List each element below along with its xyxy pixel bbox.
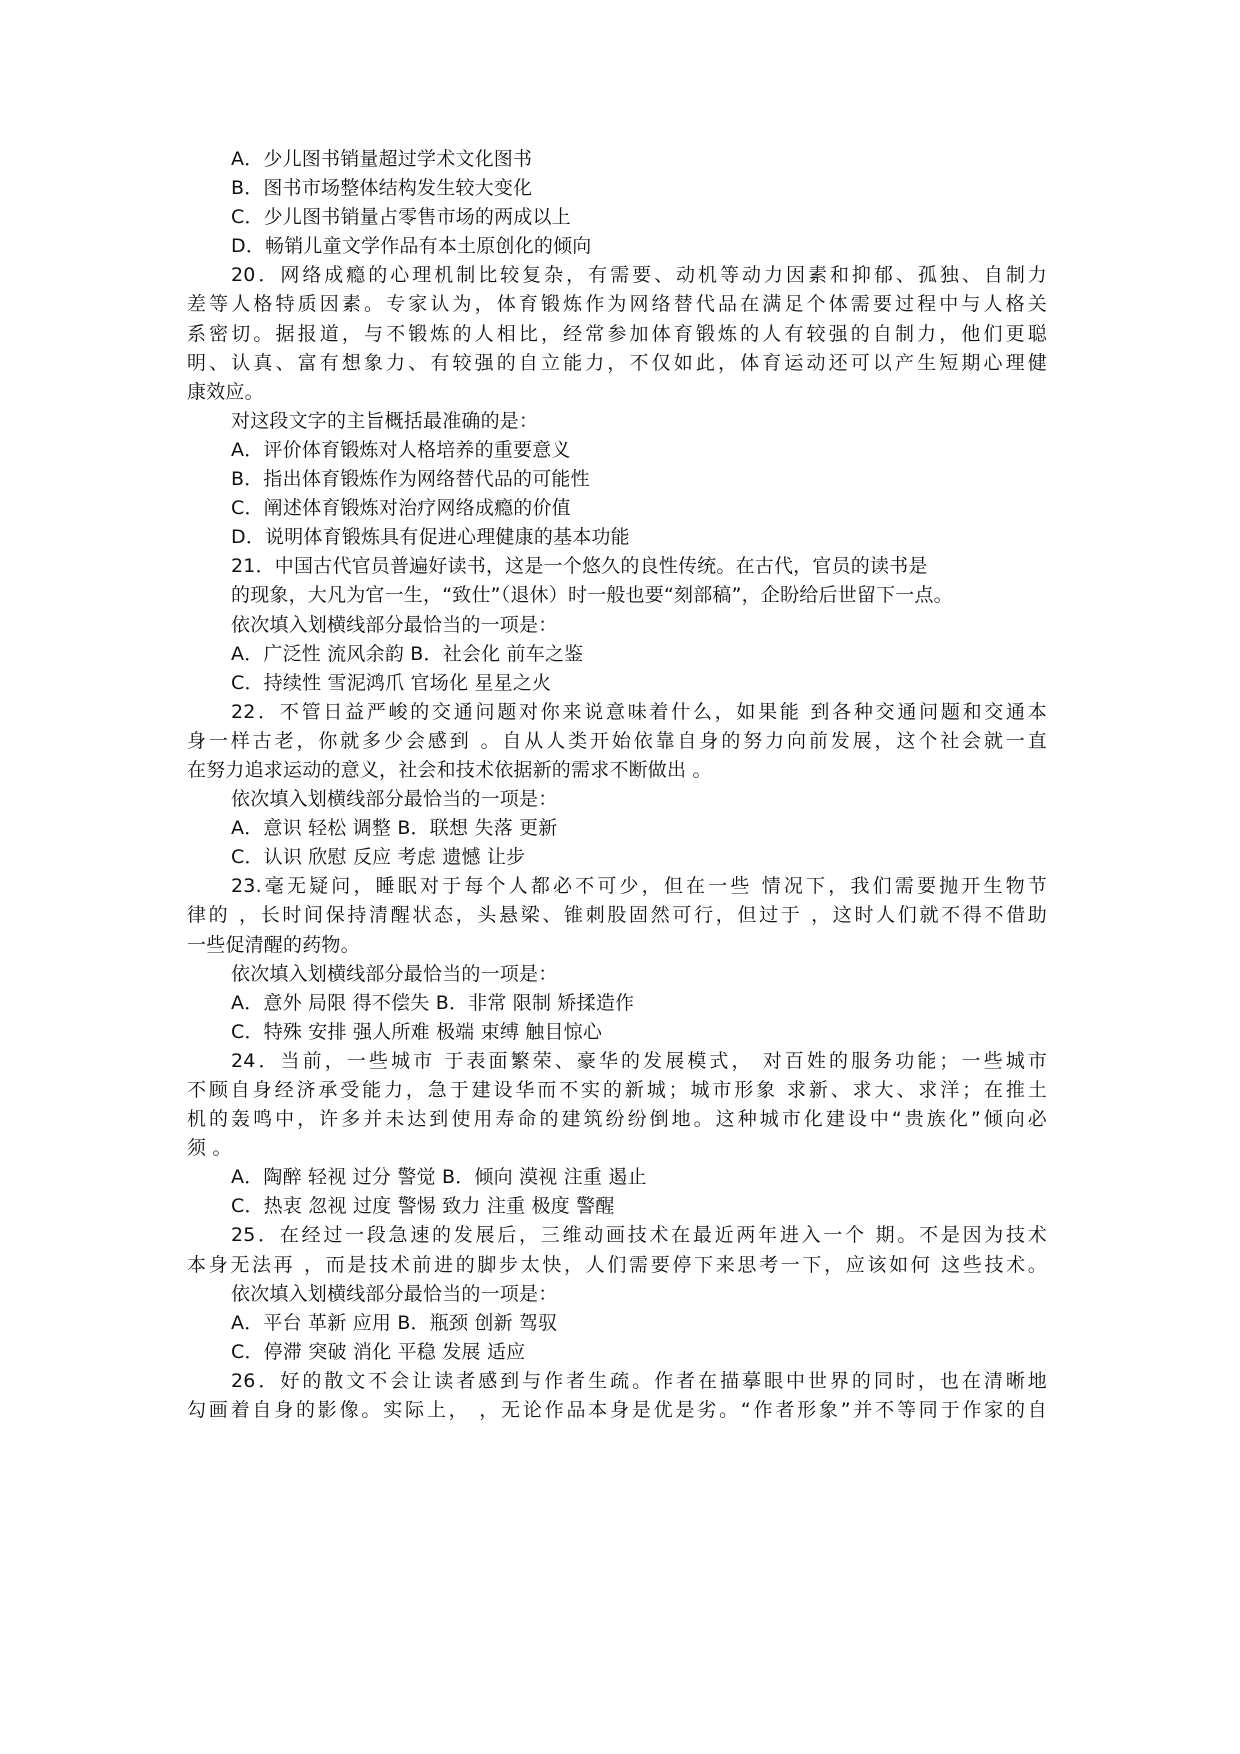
text-line: 26．好的散文不会让读者感到与作者生疏。作者在描摹眼中世界的同时，也在清晰地 [187, 1367, 1047, 1396]
text-line: 系密切。据报道，与不锻炼的人相比，经常参加体育锻炼的人有较强的自制力，他们更聪 [187, 320, 1047, 349]
text-line: C．认识 欣慰 反应 考虑 遗憾 让步 [187, 843, 1047, 872]
text-line: 本身无法再 ，而是技术前进的脚步太快，人们需要停下来思考一下，应该如何 这些技术… [187, 1251, 1047, 1280]
text-line: 律的 ，长时间保持清醒状态，头悬梁、锥刺股固然可行，但过于 ，这时人们就不得不借… [187, 901, 1047, 930]
text-line: A．广泛性 流风余韵 B．社会化 前车之鉴 [187, 640, 1047, 669]
text-line: A．意外 局限 得不偿失 B．非常 限制 矫揉造作 [187, 989, 1047, 1018]
text-line: C．热衷 忽视 过度 警惕 致力 注重 极度 警醒 [187, 1192, 1047, 1221]
text-line: 的现象，大凡为官一生，“致仕”（退休）时一般也要“刻部稿”，企盼给后世留下一点。 [187, 581, 1047, 610]
text-line: A．评价体育锻炼对人格培养的重要意义 [187, 436, 1047, 465]
text-line: 机的轰鸣中，许多并未达到使用寿命的建筑纷纷倒地。这种城市化建设中“贵族化”倾向必 [187, 1105, 1047, 1134]
text-line: 一些促清醒的药物。 [187, 931, 1047, 960]
text-line: C．特殊 安排 强人所难 极端 束缚 触目惊心 [187, 1018, 1047, 1047]
text-line: C．少儿图书销量占零售市场的两成以上 [187, 203, 1047, 232]
text-line: C．停滞 突破 消化 平稳 发展 适应 [187, 1338, 1047, 1367]
text-line: B．图书市场整体结构发生较大变化 [187, 174, 1047, 203]
text-line: 24．当前，一些城市 于表面繁荣、豪华的发展模式， 对百姓的服务功能；一些城市 [187, 1047, 1047, 1076]
text-line: C．阐述体育锻炼对治疗网络成瘾的价值 [187, 494, 1047, 523]
text-line: 差等人格特质因素。专家认为，体育锻炼作为网络替代品在满足个体需要过程中与人格关 [187, 290, 1047, 319]
text-line: A．少儿图书销量超过学术文化图书 [187, 145, 1047, 174]
text-line: 勾画着自身的影像。实际上， ，无论作品本身是优是劣。“作者形象”并不等同于作家的… [187, 1396, 1047, 1425]
text-line: C．持续性 雪泥鸿爪 官场化 星星之火 [187, 669, 1047, 698]
text-line: 依次填入划横线部分最恰当的一项是： [187, 960, 1047, 989]
text-line: B．指出体育锻炼作为网络替代品的可能性 [187, 465, 1047, 494]
text-line: 23.毫无疑问，睡眠对于每个人都必不可少，但在一些 情况下，我们需要抛开生物节 [187, 872, 1047, 901]
text-line: 对这段文字的主旨概括最准确的是： [187, 407, 1047, 436]
text-line: A．陶醉 轻视 过分 警觉 B．倾向 漠视 注重 遏止 [187, 1163, 1047, 1192]
text-line: A．意识 轻松 调整 B．联想 失落 更新 [187, 814, 1047, 843]
text-line: 身一样古老，你就多少会感到 。自从人类开始依靠自身的努力向前发展，这个社会就一直 [187, 727, 1047, 756]
text-line: 20．网络成瘾的心理机制比较复杂，有需要、动机等动力因素和抑郁、孤独、自制力 [187, 261, 1047, 290]
document-page: A．少儿图书销量超过学术文化图书B．图书市场整体结构发生较大变化C．少儿图书销量… [187, 145, 1047, 1425]
text-line: 须 。 [187, 1134, 1047, 1163]
text-line: 25．在经过一段急速的发展后，三维动画技术在最近两年进入一个 期。不是因为技术 [187, 1221, 1047, 1250]
text-line: A．平台 革新 应用 B．瓶颈 创新 驾驭 [187, 1309, 1047, 1338]
text-line: 依次填入划横线部分最恰当的一项是： [187, 785, 1047, 814]
text-line: 不顾自身经济承受能力，急于建设华而不实的新城；城市形象 求新、求大、求洋；在推土 [187, 1076, 1047, 1105]
text-line: D．畅销儿童文学作品有本土原创化的倾向 [187, 232, 1047, 261]
text-line: D．说明体育锻炼具有促进心理健康的基本功能 [187, 523, 1047, 552]
text-line: 22．不管日益严峻的交通问题对你来说意味着什么，如果能 到各种交通问题和交通本 [187, 698, 1047, 727]
text-line: 在努力追求运动的意义，社会和技术依据新的需求不断做出 。 [187, 756, 1047, 785]
text-line: 康效应。 [187, 378, 1047, 407]
text-line: 依次填入划横线部分最恰当的一项是： [187, 611, 1047, 640]
text-line: 明、认真、富有想象力、有较强的自立能力，不仅如此，体育运动还可以产生短期心理健 [187, 349, 1047, 378]
text-line: 依次填入划横线部分最恰当的一项是： [187, 1280, 1047, 1309]
text-line: 21．中国古代官员普遍好读书，这是一个悠久的良性传统。在古代，官员的读书是 [187, 552, 1047, 581]
